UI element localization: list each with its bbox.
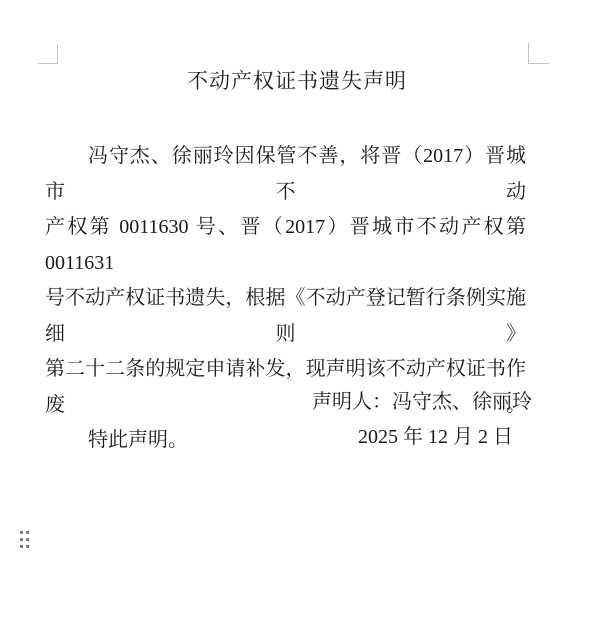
drag-handle-dot <box>20 538 23 541</box>
drag-handle-dot <box>26 531 29 534</box>
declarant-signature: 声明人：冯守杰、徐丽玲 <box>312 385 532 421</box>
drag-handle-dot <box>20 545 23 548</box>
document-page: 不动产权证书遗失声明 冯守杰、徐丽玲因保管不善，将晋（2017）晋城市不动 产权… <box>0 0 594 638</box>
drag-handle-dot <box>20 531 23 534</box>
drag-handle-dot <box>26 545 29 548</box>
text-boundary-crop-mark-top-right <box>528 43 549 64</box>
text-boundary-crop-mark-top-left <box>38 44 58 64</box>
drag-handle-icon[interactable] <box>20 531 29 548</box>
declaration-date: 2025 年 12 月 2 日 <box>358 420 513 456</box>
drag-handle-dot <box>26 538 29 541</box>
paragraph-line-1: 冯守杰、徐丽玲因保管不善，将晋（2017）晋城市不动 <box>45 139 526 210</box>
paragraph-line-2: 产权第 0011630 号、晋（2017）晋城市不动产权第 0011631 <box>45 210 526 281</box>
document-title: 不动产权证书遗失声明 <box>0 68 594 95</box>
paragraph-line-3: 号不动产权证书遗失，根据《不动产登记暂行条例实施细则》 <box>45 281 526 352</box>
